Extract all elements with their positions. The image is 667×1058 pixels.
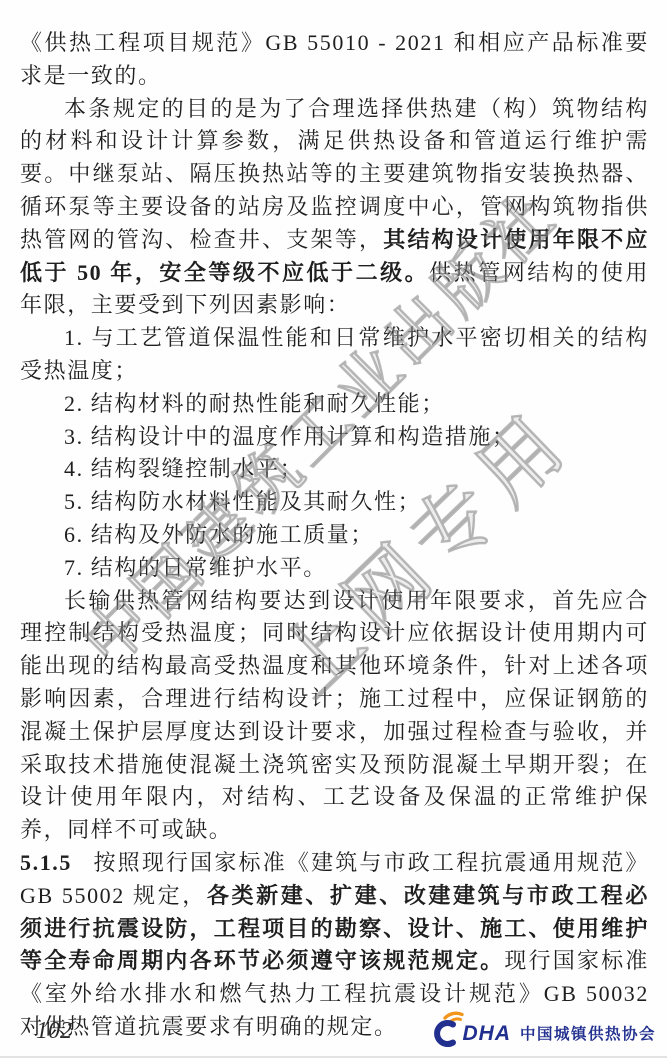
paragraph-design-requirements: 长输供热管网结构要达到设计使用年限要求，首先应合理控制结构受热温度；同时结构设计… [20,585,649,847]
list-item-7: 7. 结构的日常维护水平。 [20,552,649,585]
paragraph-purpose: 本条规定的目的是为了合理选择供热建（构）筑物结构的材料和设计计算参数，满足供热设… [20,93,649,323]
list-item-3: 3. 结构设计中的温度作用计算和构造措施； [20,421,649,454]
list-item-1: 1. 与工艺管道保温性能和日常维护水平密切相关的结构受热温度； [20,322,649,388]
paragraph-standard-ref: 《供热工程项目规范》GB 55010 - 2021 和相应产品标准要求是一致的。 [20,27,649,93]
list-item-2: 2. 结构材料的耐热性能和耐久性能； [20,388,649,421]
list-item-5: 5. 结构防水材料性能及其耐久性； [20,486,649,519]
association-logo: DHA 中国城镇供热协会 [429,1009,656,1049]
list-item-4: 4. 结构裂缝控制水平； [20,453,649,486]
document-page: 《供热工程项目规范》GB 55010 - 2021 和相应产品标准要求是一致的。… [0,0,667,1058]
logo-acronym: DHA [462,1022,511,1046]
list-item-6: 6. 结构及外防水的施工质量； [20,519,649,552]
body-text: 《供热工程项目规范》GB 55010 - 2021 和相应产品标准要求是一致的。… [20,27,649,1044]
logo-name: 中国城镇供热协会 [520,1022,656,1044]
page-number: 102 [36,1018,72,1045]
clause-number: 5.1.5 [20,850,72,875]
